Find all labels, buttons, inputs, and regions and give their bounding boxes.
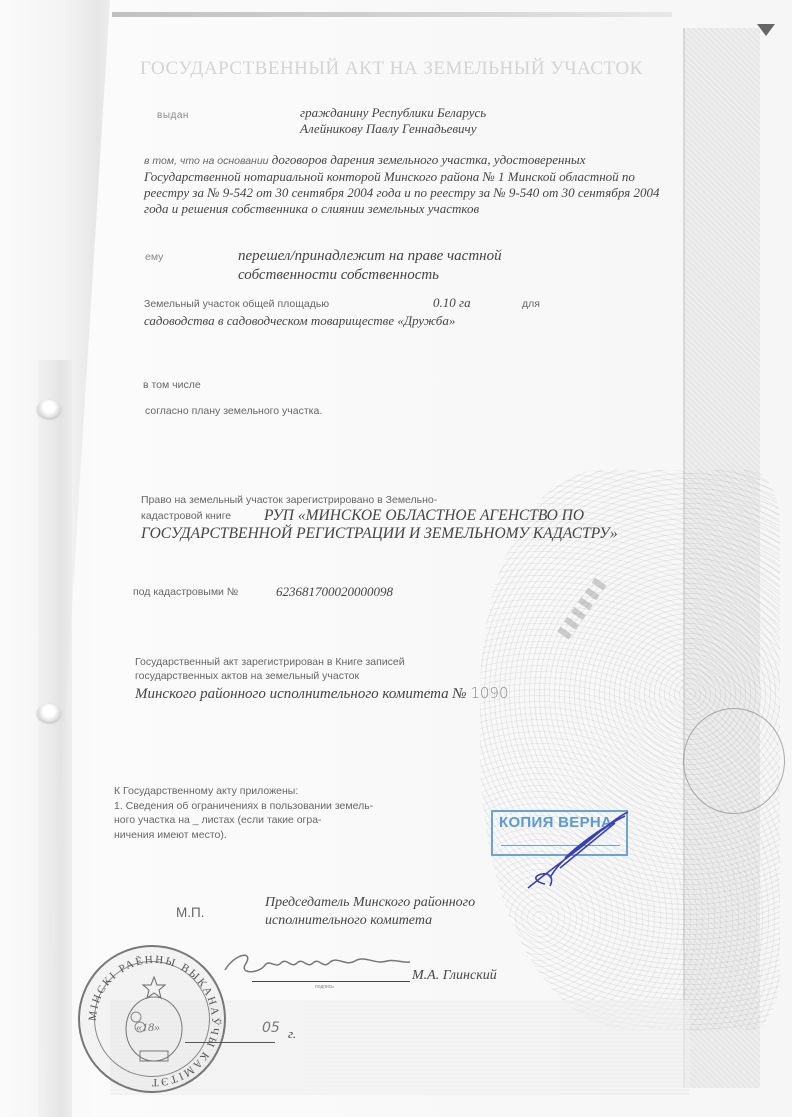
issued-to: гражданину Республики Беларусь Алейников… [300,105,486,137]
registration-agency-line-2: ГОСУДАРСТВЕННОЙ РЕГИСТРАЦИИ И ЗЕМЕЛЬНОМУ… [141,525,618,543]
registration-line-1: Право на земельный участок зарегистриров… [141,494,437,506]
mp-label: М.П. [176,905,204,920]
plan-text: согласно плану земельного участка. [145,405,322,417]
date-year: 05 [262,1020,280,1036]
punch-hole-bottom [37,704,61,722]
attachment-item-1-line-2: ного участка на _ листах (если такие огр… [114,813,373,828]
document-title: ГОСУДАРСТВЕННЫЙ АКТ НА ЗЕМЕЛЬНЫЙ УЧАСТОК [140,58,643,80]
registration-agency-line-1: РУП «МИНСКОЕ ОБЛАСТНОЕ АГЕНСТВО ПО [264,507,584,525]
area-label: Земельный участок общей площадью [144,298,329,310]
basis-label: в том, что на основании [144,155,269,167]
book-line-3: Минского районного исполнительного комит… [135,684,509,703]
cadastral-number: 623681700020000098 [276,584,393,600]
chairman-line-1: Председатель Минского районного [265,895,475,911]
attachment-item-1-line-3: ничения имеют место). [114,828,373,843]
date-day: «18» [136,1020,160,1035]
book-line-2: государственных актов на земельный участ… [135,670,359,682]
official-seal: МІНСКІ РАЁННЫ ВЫКАНАЎЧЫ КАМІТЭТ [78,945,226,1093]
attachments-heading: К Государственному акту приложены: [114,784,373,799]
corner-mark-icon [757,24,775,36]
ownership-line-2: собственности собственность [238,266,502,285]
area-value: 0.10 га [433,295,471,311]
registration-line-2: кадастровой книге [141,510,231,522]
ownership-label: ему [145,251,163,263]
signature-caption: подпись [315,984,334,990]
guilloche-circle [683,708,785,814]
issued-to-name: Алейникову Павлу Геннадьевичу [300,121,486,137]
punch-hole-top [37,400,61,418]
handwritten-signature-icon [215,945,415,985]
area-for-label: для [522,298,540,310]
cadastral-label: под кадастровыми № [133,586,238,598]
area-purpose: садоводства в садоводческом товариществе… [144,313,455,329]
binding-strip [38,360,72,1117]
book-record-number: 1090 [470,684,508,702]
date-line [185,1042,275,1043]
basis-paragraph: в том, что на основании договоров дарени… [144,152,664,217]
book-committee: Минского районного исполнительного комит… [135,686,467,702]
attachment-item-1-line-1: 1. Сведения об ограничениях в пользовани… [114,799,373,814]
chairman-line-2: исполнительного комитета [265,913,432,929]
attachments: К Государственному акту приложены: 1. Св… [114,784,373,842]
issued-to-citizenship: гражданину Республики Беларусь [300,105,486,121]
ownership-text: перешел/принадлежит на праве частной соб… [238,247,502,285]
issued-label: выдан [157,110,189,121]
book-line-1: Государственный акт зарегистрирован в Кн… [135,656,405,668]
top-page-edge [112,12,672,17]
date-suffix: г. [288,1026,296,1042]
signature-line [252,981,410,982]
signer-name: М.А. Глинский [412,968,497,984]
blue-signature-icon [520,808,640,898]
including-label: в том числе [143,379,201,391]
ownership-line-1: перешел/принадлежит на праве частной [238,247,502,266]
